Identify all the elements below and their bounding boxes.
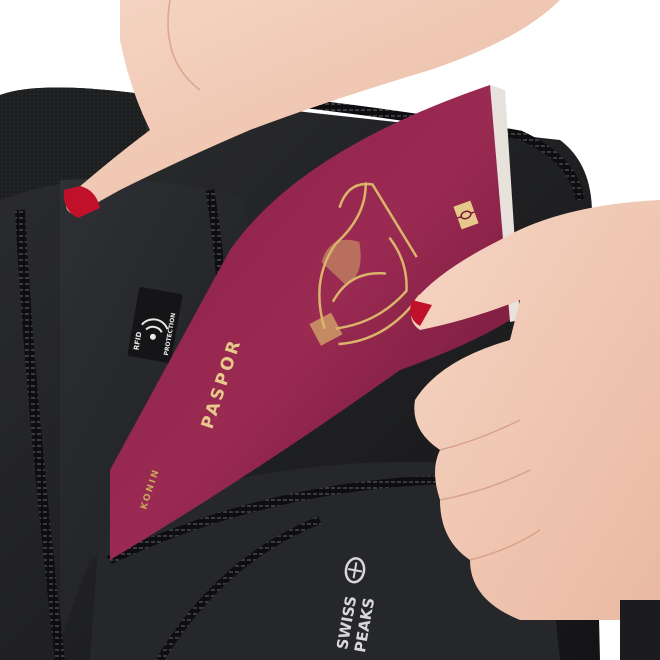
product-photo: RFID PROTECTION PASPOR KONIN	[0, 0, 660, 660]
bag-strap	[620, 600, 660, 660]
